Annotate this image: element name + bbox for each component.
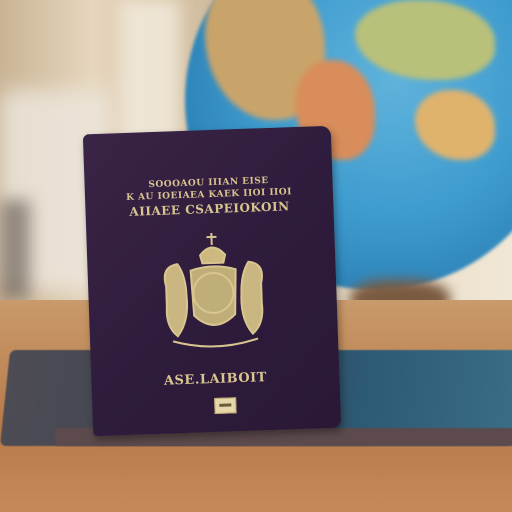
globe-landmass (355, 0, 495, 80)
blurred-window-light (120, 0, 180, 150)
globe-landmass (415, 90, 495, 160)
blurred-dark-object (0, 200, 30, 300)
biometric-chip-icon (214, 397, 237, 414)
passport-bottom-title: ASE.LAIBOIT (91, 368, 339, 392)
coat-of-arms-icon (144, 223, 284, 363)
photo-scene: SOOOAOU IIIAN EISE K AU IOEIAEA KAEK IIO… (0, 0, 512, 512)
passport: SOOOAOU IIIAN EISE K AU IOEIAEA KAEK IIO… (83, 126, 341, 436)
